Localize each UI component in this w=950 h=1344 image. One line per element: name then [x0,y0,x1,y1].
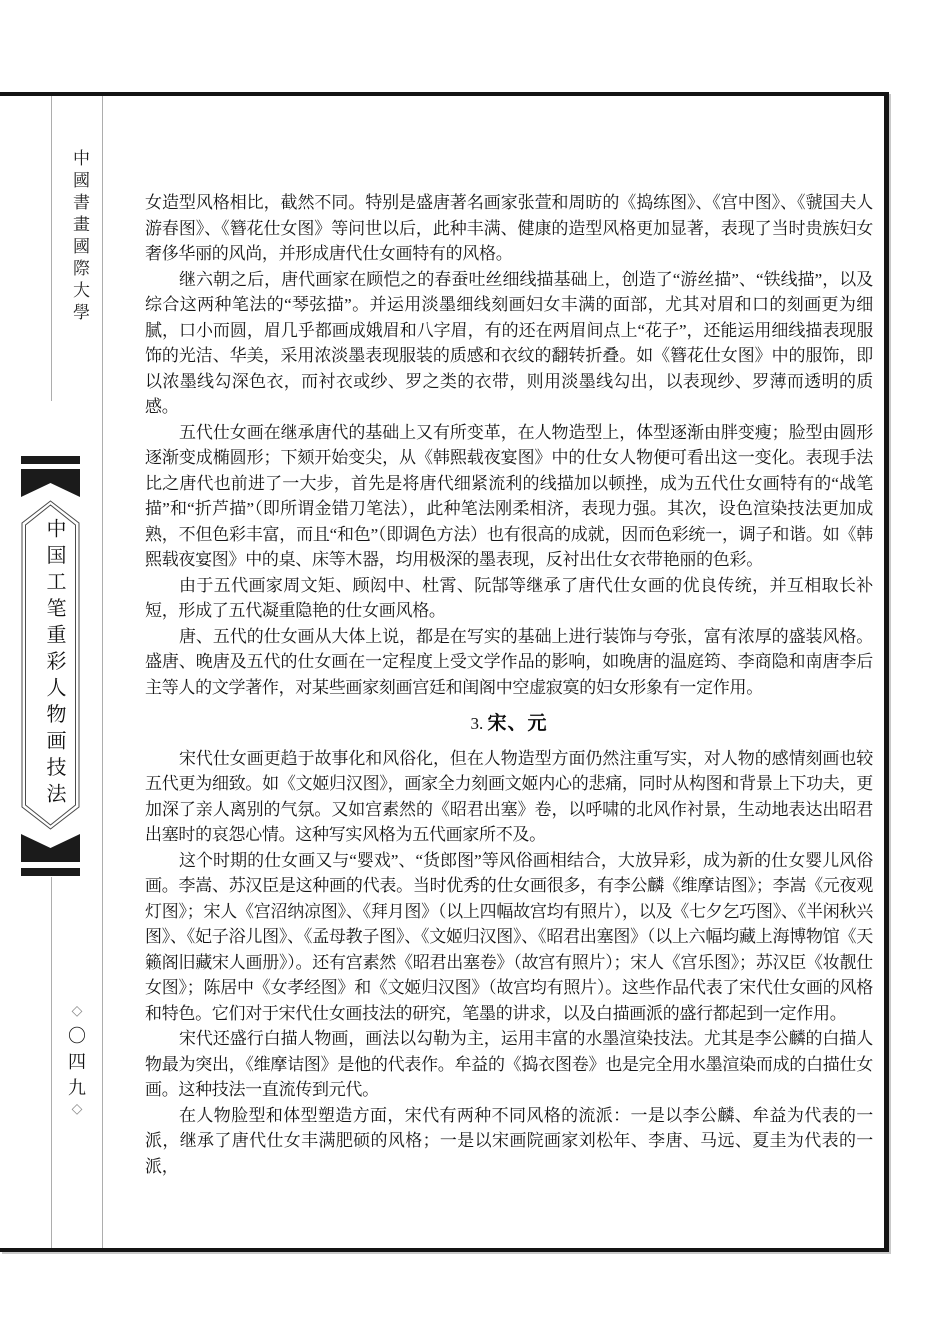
page-number-digit: 四 [68,1050,86,1074]
diamond-ornament-bottom-icon: ◇ [72,1100,83,1120]
page-number-column: ◇ 〇 四 九 ◇ [60,1002,94,1120]
section-title: 宋、元 [487,713,547,734]
top-rule-bar [21,456,80,464]
sidebar-rule-left-upper [51,96,52,401]
paragraph: 唐、五代的仕女画从大体上说，都是在写实的基础上进行装饰与夸张，富有浓厚的盛装风格… [145,624,873,701]
paragraph: 继六朝之后，唐代画家在顾恺之的春蚕吐丝细线描基础上，创造了“游丝描”、“铁线描”… [145,267,873,420]
diamond-ornament-top-icon: ◇ [72,1002,83,1022]
paragraph: 在人物脸型和体型塑造方面，宋代有两种不同风格的流派：一是以李公麟、牟益为代表的一… [145,1103,873,1180]
bottom-rule-bar [21,868,80,876]
paragraph: 这个时期的仕女画又与“婴戏”、“货郎图”等风俗画相结合，大放异彩，成为新的仕女婴… [145,848,873,1027]
paragraph: 宋代还盛行白描人物画，画法以勾勒为主，运用丰富的水墨渲染技法。尤其是李公麟的白描… [145,1026,873,1103]
main-text-column: 女造型风格相比，截然不同。特别是盛唐著名画家张萱和周昉的《捣练图》、《宫中图》、… [145,190,873,1179]
spine-university-title: 中國書畫國際大學 [67,149,92,325]
page-number-digit: 九 [68,1076,86,1100]
section-number: 3. [470,714,483,733]
sidebar-rule-left-lower [51,877,52,1248]
top-ribbon [21,469,80,497]
spine-book-title: 中国工笔重彩人物画技法 [40,518,69,810]
bottom-ribbon [21,834,80,862]
paragraph-continuation: 女造型风格相比，截然不同。特别是盛唐著名画家张萱和周昉的《捣练图》、《宫中图》、… [145,190,873,267]
sidebar-rule-right [102,96,103,1248]
page-number-digit: 〇 [68,1024,86,1048]
section-heading-song-yuan: 3. 宋、元 [145,711,873,737]
paragraph: 五代仕女画在继承唐代的基础上又有所变革，在人物造型上，体型逐渐由胖变瘦；脸型由圆… [145,420,873,573]
paragraph: 宋代仕女画更趋于故事化和风俗化，但在人物造型方面仍然注重写实，对人物的感情刻画也… [145,746,873,848]
paragraph: 由于五代画家周文矩、顾闳中、杜霄、阮郜等继承了唐代仕女画的优良传统，并互相取长补… [145,573,873,624]
